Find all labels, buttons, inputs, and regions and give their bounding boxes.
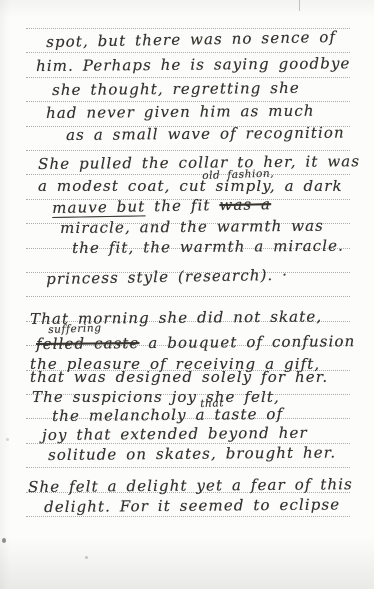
handwritten-text: a modest coat, cut simply, a dark — [38, 177, 343, 195]
handwritten-text: as a small wave of recognition — [66, 124, 345, 144]
handwritten-strike-text: was a — [219, 195, 271, 214]
handwritten-text: she thought, regretting she — [52, 79, 300, 99]
handwritten-line: the fit, the warmth a miracle. — [72, 237, 344, 257]
ruled-line — [26, 516, 350, 517]
handwritten-line: She felt a delight yet a fear of this — [28, 475, 353, 496]
handwritten-underline-text: mauve but — [52, 197, 145, 217]
handwritten-line: spot, but there was no sence of — [46, 28, 336, 51]
handwritten-text: princess style (research). · — [46, 266, 288, 288]
handwritten-line: joy that extended beyond her — [42, 424, 308, 444]
handwritten-text: joy that extended beyond her — [42, 424, 308, 444]
scan-edge-mark — [299, 0, 300, 11]
ruled-line — [26, 77, 350, 78]
handwritten-line: delight. For it seemed to eclipse — [44, 495, 340, 516]
handwritten-text: him. Perhaps he is saying goodbye — [36, 54, 351, 75]
handwritten-line: a modest coat, cut simply, a dark — [38, 177, 343, 195]
handwritten-line: as a small wave of recognition — [66, 124, 345, 144]
handwritten-text: the fit, the warmth a miracle. — [72, 237, 344, 257]
handwritten-line: she thought, regretting she — [52, 79, 300, 99]
scan-speck — [2, 538, 6, 543]
handwritten-line: felled caste a bouquet of confusion — [36, 332, 355, 353]
handwritten-text: that was designed solely for her. — [30, 368, 328, 386]
ruled-line — [26, 296, 350, 297]
ruled-line — [26, 52, 350, 53]
notebook-page: spot, but there was no sence ofhim. Perh… — [0, 0, 374, 589]
handwritten-text: The suspicions joy she felt, — [32, 388, 280, 406]
ruled-line — [26, 174, 350, 175]
handwritten-line: mauve but the fit was a — [52, 195, 271, 217]
handwritten-line: princess style (research). · — [46, 266, 288, 288]
handwritten-line: that was designed solely for her. — [30, 368, 328, 386]
handwritten-text: She pulled the collar to her, it was — [38, 152, 360, 173]
handwritten-line: solitude on skates, brought her. — [48, 443, 336, 464]
handwritten-line: had never given him as much — [46, 102, 315, 122]
handwritten-text: She felt a delight yet a fear of this — [28, 475, 353, 496]
ruled-line — [26, 467, 350, 468]
handwritten-text: the melancholy a taste of — [52, 405, 283, 425]
handwritten-text: solitude on skates, brought her. — [48, 443, 336, 464]
handwritten-line: the melancholy a taste of — [52, 405, 283, 425]
handwritten-line: The suspicions joy she felt, — [32, 388, 280, 406]
handwritten-text: delight. For it seemed to eclipse — [44, 495, 340, 516]
handwritten-line: him. Perhaps he is saying goodbye — [36, 54, 351, 75]
handwritten-text: spot, but there was no sence of — [46, 28, 336, 51]
handwritten-line: miracle, and the warmth was — [60, 217, 324, 237]
scan-speck — [85, 556, 88, 559]
handwritten-strike-text: felled caste — [36, 334, 140, 353]
handwritten-text: the fit — [145, 196, 219, 215]
handwritten-text: a bouquet of confusion — [139, 332, 355, 352]
handwritten-text: miracle, and the warmth was — [60, 217, 324, 237]
scan-speck — [6, 438, 9, 441]
ruled-line — [26, 150, 350, 151]
handwritten-text: had never given him as much — [46, 102, 315, 122]
handwritten-line: She pulled the collar to her, it was — [38, 152, 360, 173]
